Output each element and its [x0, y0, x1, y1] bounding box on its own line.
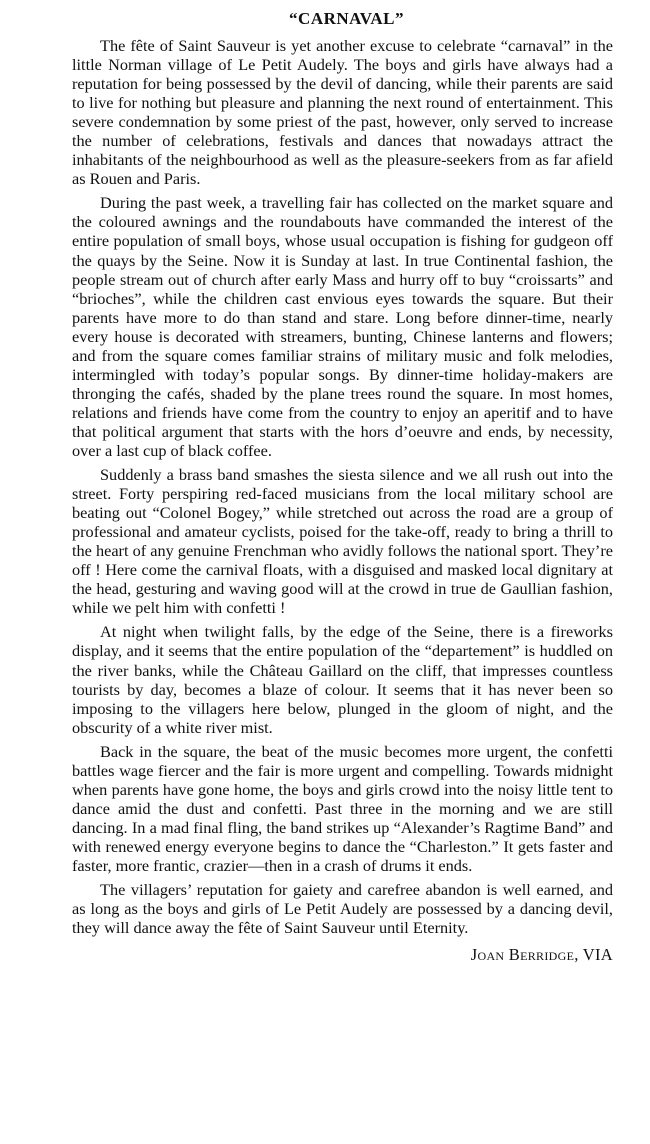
paragraph-6: The villagers’ reputation for gaiety and… [72, 880, 613, 937]
paragraph-2: During the past week, a travelling fair … [72, 193, 613, 460]
paragraph-3: Suddenly a brass band smashes the siesta… [72, 465, 613, 617]
article-title: “CARNAVAL” [72, 6, 613, 32]
article: “CARNAVAL” The fête of Saint Sauveur is … [72, 6, 613, 965]
paragraph-1: The fête of Saint Sauveur is yet another… [72, 36, 613, 188]
paragraph-5: Back in the square, the beat of the musi… [72, 742, 613, 875]
paragraph-4: At night when twilight falls, by the edg… [72, 622, 613, 736]
author-signature: Joan Berridge, VIA [72, 945, 613, 965]
